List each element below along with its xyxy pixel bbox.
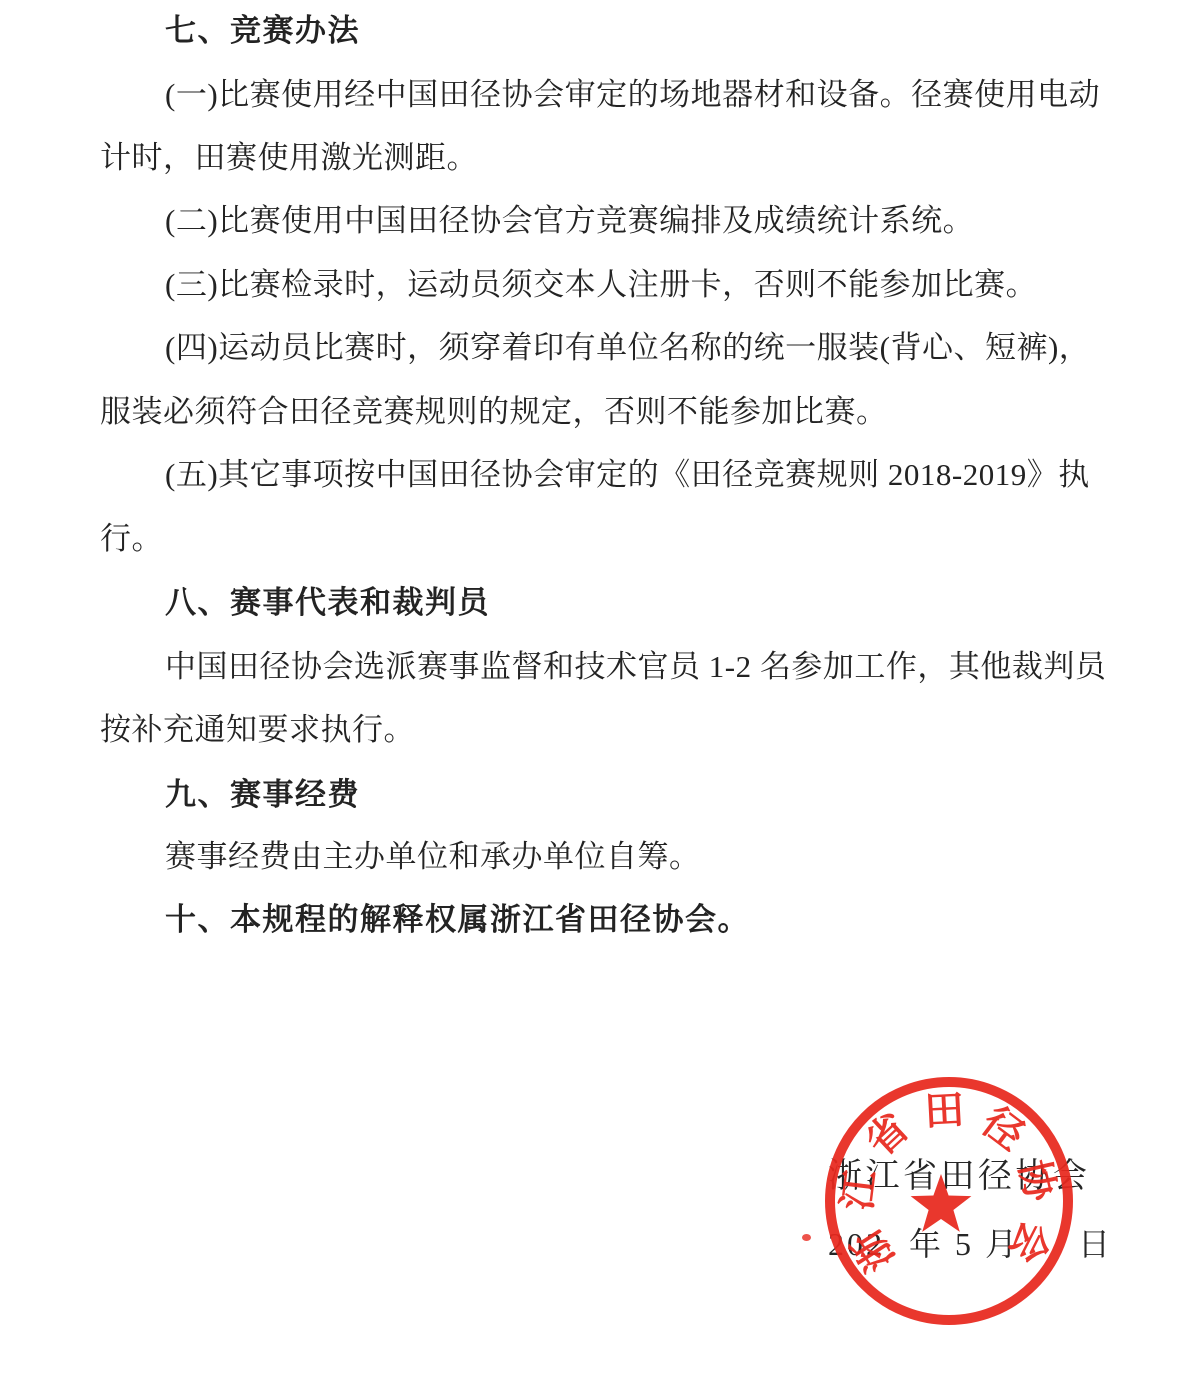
- doc-line: (一)比赛使用经中国田径协会审定的场地器材和设备。径赛使用电动: [165, 78, 1100, 111]
- section-heading-10: 十、本规程的解释权属浙江省田径协会。: [165, 903, 750, 936]
- stamp-ink-dot: [802, 1234, 811, 1241]
- seal-star-icon: [911, 1174, 972, 1232]
- document-page: 七、竞赛办法 (一)比赛使用经中国田径协会审定的场地器材和设备。径赛使用电动 计…: [0, 0, 1200, 1392]
- section-heading-8: 八、赛事代表和裁判员: [165, 586, 490, 619]
- doc-line: (三)比赛检录时，运动员须交本人注册卡，否则不能参加比赛。: [165, 268, 1037, 301]
- doc-line: 计时，田赛使用激光测距。: [100, 141, 478, 174]
- seal-arc-char: 江: [835, 1167, 884, 1212]
- official-seal-stamp: 浙 江 省 田 径 协 会: [819, 1071, 1079, 1331]
- signature-date-day: 日: [1078, 1227, 1113, 1261]
- doc-line: 中国田径协会选派赛事监督和技术官员 1-2 名参加工作，其他裁判员: [165, 650, 1106, 683]
- doc-line: 服装必须符合田径竞赛规则的规定，否则不能参加比赛。: [100, 395, 888, 428]
- seal-arc-char: 协: [1011, 1156, 1063, 1207]
- doc-line: (二)比赛使用中国田径协会官方竞赛编排及成绩统计系统。: [165, 204, 974, 237]
- doc-line: 按补充通知要求执行。: [100, 713, 415, 746]
- seal-arc-char: 田: [923, 1088, 965, 1134]
- section-heading-9: 九、赛事经费: [165, 778, 360, 811]
- doc-line: 赛事经费由主办单位和承办单位自筹。: [165, 840, 701, 873]
- doc-line: (五)其它事项按中国田径协会审定的《田径竞赛规则 2018-2019》执: [165, 458, 1090, 491]
- doc-line: (四)运动员比赛时，须穿着印有单位名称的统一服装(背心、短裤)，: [165, 331, 1090, 364]
- doc-line: 行。: [100, 522, 163, 555]
- section-heading-7: 七、竞赛办法: [165, 14, 360, 47]
